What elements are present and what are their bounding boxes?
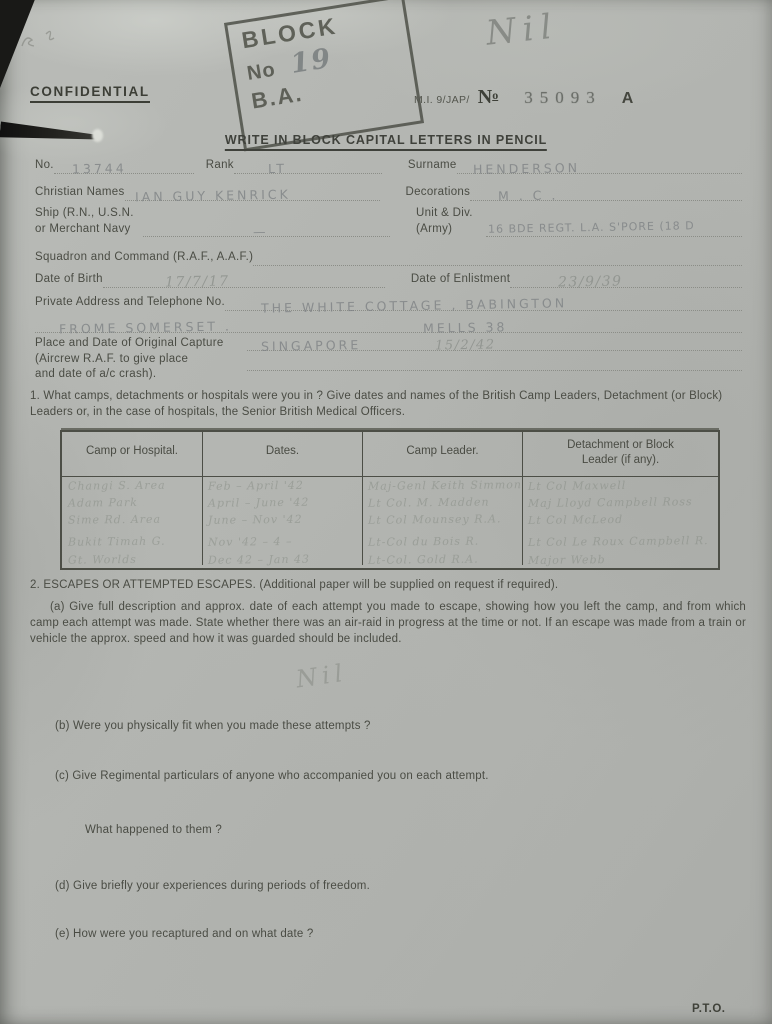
question-2b-text: (b) Were you physically fit when you mad… [55, 718, 732, 734]
header-camp-leader: Camp Leader. [362, 432, 522, 476]
address-value-line2b: MELLS 38 [423, 319, 508, 335]
capture-field-line1[interactable]: SINGAPORE 15/2/42 [247, 336, 742, 351]
no-label: No. [35, 158, 54, 174]
table-row: Changi S. AreaFeb – April '42Maj-Genl Ke… [62, 479, 718, 492]
reference-prefix: M.I. 9/JAP/ [414, 94, 470, 106]
question-2e-text: (e) How were you recaptured and on what … [55, 926, 732, 942]
reference-number-line: M.I. 9/JAP/ No 35093 A [414, 86, 633, 109]
surname-value: HENDERSON [472, 160, 579, 177]
section-2-heading: 2. ESCAPES OR ATTEMPTED ESCAPES. (Additi… [30, 577, 746, 593]
question-2c-text: (c) Give Regimental particulars of anyon… [55, 768, 732, 784]
christian-names-value: IAN GUY KENRICK [134, 187, 290, 205]
binding-hole [92, 129, 103, 142]
surname-field[interactable]: HENDERSON [457, 158, 742, 174]
header-dates: Dates. [202, 432, 362, 476]
question-1-text: 1. What camps, detachments or hospitals … [30, 388, 746, 420]
enlistment-label: Date of Enlistment [411, 272, 510, 288]
reference-no-label: No [478, 86, 498, 109]
rank-label: Rank [206, 158, 234, 174]
address-field-line1[interactable]: THE WHITE COTTAGE , BABINGTON [225, 295, 742, 311]
enlistment-value: 23/9/39 [558, 273, 623, 290]
dob-field[interactable]: 17/7/17 [103, 272, 385, 288]
ship-value: — [253, 224, 266, 239]
pencil-scribble [16, 26, 86, 60]
camps-table-body[interactable]: Changi S. AreaFeb – April '42Maj-Genl Ke… [62, 477, 718, 565]
squadron-field[interactable] [253, 250, 742, 266]
table-row: Sime Rd. AreaJune – Nov '42Lt Col Mounse… [62, 513, 718, 526]
block-stamp: BLOCK No19 B.A. [224, 0, 424, 151]
handwritten-nil-top: Nil [484, 6, 560, 53]
dob-value: 17/7/17 [165, 273, 230, 290]
camps-table-header: Camp or Hospital. Dates. Camp Leader. De… [62, 432, 718, 477]
enlistment-field[interactable]: 23/9/39 [510, 272, 742, 288]
table-row: Adam ParkApril – June '42Lt Col. M. Madd… [62, 496, 718, 509]
reference-number: 35093 [524, 88, 602, 108]
address-value-line2a: FROME SOMERSET . [59, 318, 232, 336]
rank-field[interactable]: LT [234, 158, 382, 174]
form-instruction-heading: WRITE IN BLOCK CAPITAL LETTERS IN PENCIL [225, 133, 547, 151]
header-detachment-leader: Detachment or Block Leader (if any). [522, 432, 718, 476]
stamp-block-number: 19 [289, 43, 335, 80]
ship-field[interactable]: — [143, 221, 390, 237]
question-2c2-text: What happened to them ? [85, 822, 732, 838]
camps-table: Camp or Hospital. Dates. Camp Leader. De… [60, 430, 720, 570]
pto-label: P.T.O. [692, 1003, 725, 1015]
rank-value: LT [268, 161, 287, 176]
dob-label: Date of Birth [35, 272, 103, 288]
table-row: Gt. WorldsDec 42 – Jan 43Lt-Col. Gold R.… [62, 553, 718, 566]
confidential-label: CONFIDENTIAL [30, 84, 150, 103]
pow-questionnaire-form: CONFIDENTIAL BLOCK No19 B.A. M.I. 9/JAP/… [0, 0, 772, 1024]
address-field-line2[interactable]: FROME SOMERSET . MELLS 38 [35, 317, 742, 333]
decorations-value: M . C . [498, 187, 559, 203]
handwritten-nil-answer: Nil [294, 659, 349, 694]
no-field[interactable]: 13744 [54, 158, 194, 174]
table-row: Bukit Timah G.Nov '42 – 4 –Lt-Col du Boi… [62, 535, 718, 548]
capture-field-line2[interactable] [247, 351, 742, 371]
decorations-label: Decorations [406, 185, 471, 201]
no-value: 13744 [72, 161, 127, 177]
address-label: Private Address and Telephone No. [35, 295, 225, 311]
unit-field[interactable]: 16 BDE REGT. L.A. S'PORE (18 D [486, 221, 742, 237]
reference-suffix: A [622, 90, 634, 108]
question-2a-text: (a) Give full description and approx. da… [30, 599, 746, 647]
decorations-field[interactable]: M . C . [470, 185, 742, 201]
christian-names-label: Christian Names [35, 185, 125, 201]
stamp-no-label: No [245, 59, 277, 85]
header-camp-or-hospital: Camp or Hospital. [62, 432, 202, 476]
ship-label: Ship (R.N., U.S.N.or Merchant Navy [35, 206, 143, 237]
address-value-line1: THE WHITE COTTAGE , BABINGTON [261, 295, 567, 315]
surname-label: Surname [408, 158, 457, 174]
question-2d-text: (d) Give briefly your experiences during… [55, 878, 732, 894]
christian-names-field[interactable]: IAN GUY KENRICK [125, 185, 380, 201]
unit-label: Unit & Div.(Army) [416, 206, 486, 237]
squadron-label: Squadron and Command (R.A.F., A.A.F.) [35, 250, 253, 266]
binding-string [0, 120, 101, 147]
unit-value: 16 BDE REGT. L.A. S'PORE (18 D [488, 219, 695, 236]
capture-label: Place and Date of Original Capture (Airc… [35, 336, 247, 383]
